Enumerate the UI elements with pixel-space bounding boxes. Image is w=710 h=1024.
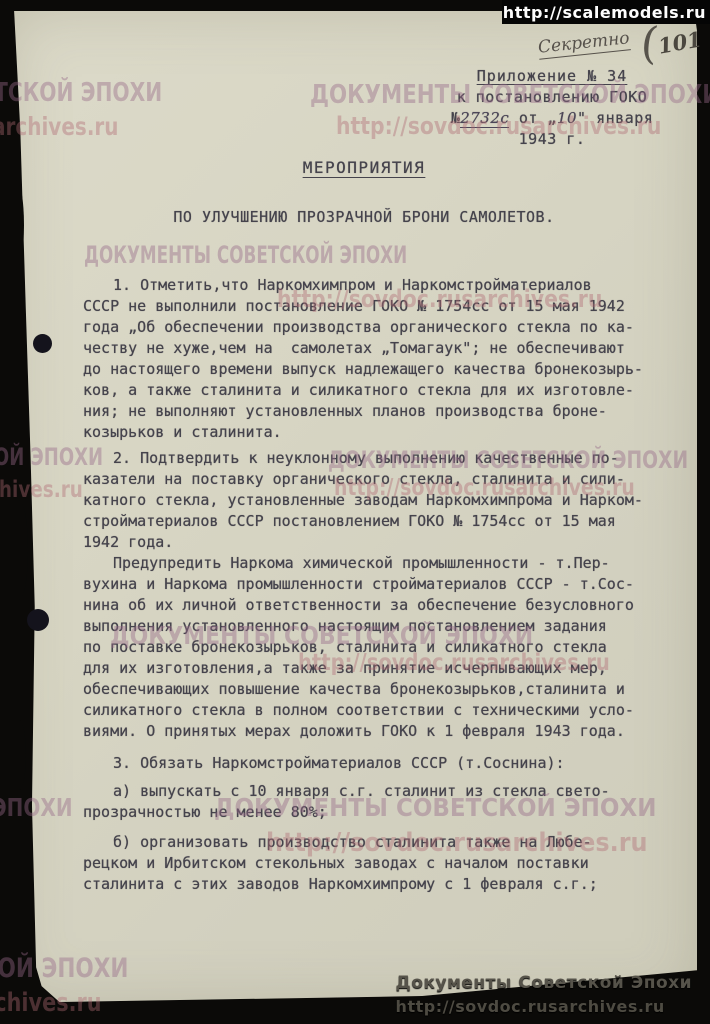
site-banner: http://scalemodels.ru (502, 0, 710, 24)
document-title: МЕРОПРИЯТИЯ (303, 158, 425, 177)
torn-edge-notch (8, 180, 24, 270)
text-line: катного стекла, установленные заводам На… (83, 490, 649, 511)
paragraph: б) организовать производство сталинита т… (83, 832, 649, 895)
text-line: до настоящего времени выпуск надлежащего… (83, 359, 649, 380)
paragraph: Предупредить Наркома химической промышле… (83, 553, 649, 742)
torn-edge-notch (10, 500, 28, 600)
text-line: виями. О принятых мерах доложить ГОКО к … (83, 721, 649, 742)
text-line: для их изготовления,а также за принятие … (83, 658, 649, 679)
text-line: СССР не выполнили постановление ГОКО № 1… (83, 296, 649, 317)
text-line: по поставке бронекозырьков, сталинита и … (83, 637, 649, 658)
document-subtitle: ПО УЛУЧШЕНИЮ ПРОЗРАЧНОЙ БРОНИ САМОЛЕТОВ. (83, 208, 645, 226)
text-line: сталинита с этих заводов Наркомхимпрому … (83, 874, 649, 895)
text-line: года „Об обеспечении производства органи… (83, 317, 649, 338)
archive-credit-brand: Документы Советской Эпохи (396, 973, 692, 993)
paragraph: 1. Отметить,что Наркомхимпром и Наркомст… (83, 275, 649, 443)
text-line: 1942 года. (83, 532, 649, 553)
text-line: рецком и Ирбитском стекольных заводах с … (83, 853, 649, 874)
text-line: 3. Обязать Наркомстройматериалов СССР (т… (83, 753, 649, 774)
text-line: вухина и Наркома промышленности строймат… (83, 574, 649, 595)
appendix-line3-post: " января (577, 109, 653, 127)
text-line: прозрачностью не менее 80%; (83, 802, 649, 823)
text-line: казатели на поставку органического стекл… (83, 469, 649, 490)
text-line: ния; не выполняют установленных планов п… (83, 401, 649, 422)
handwritten-day: 10 (557, 109, 577, 127)
text-line: ков, а также сталинита и силикатного сте… (83, 380, 649, 401)
archive-credit-url: http://sovdoc.rusarchives.ru (396, 997, 692, 1016)
appendix-title: Приложение № 34 (432, 66, 672, 87)
document-body: 1. Отметить,что Наркомхимпром и Наркомст… (83, 275, 649, 895)
hole-punch (27, 609, 49, 631)
document-title-block: МЕРОПРИЯТИЯ ПО УЛУЧШЕНИЮ ПРОЗРАЧНОЙ БРОН… (83, 158, 645, 226)
appendix-number-sign: № (451, 109, 461, 127)
archive-credit: Документы Советской Эпохи http://sovdoc.… (396, 973, 692, 1016)
appendix-line2: к постановлению ГОКО (432, 87, 672, 108)
text-line: козырьков и сталинита. (83, 422, 649, 443)
appendix-line3-mid: от „ (509, 109, 557, 127)
text-line: нина об их личной ответственности за обе… (83, 595, 649, 616)
appendix-year: 1943 г. (432, 129, 672, 150)
text-line: 1. Отметить,что Наркомхимпром и Наркомст… (83, 275, 649, 296)
torn-edge-notch (12, 720, 26, 790)
text-line: Предупредить Наркома химической промышле… (83, 553, 649, 574)
appendix-line3: №2732с от „10" января (432, 108, 672, 129)
paragraph: а) выпускать с 10 января с.г. сталинит и… (83, 781, 649, 823)
site-banner-url: http://scalemodels.ru (503, 3, 706, 22)
text-line: стройматериалов СССР постановлением ГОКО… (83, 511, 649, 532)
paragraph: 2. Подтвердить к неуклонному выполнению … (83, 448, 649, 553)
paragraph: 3. Обязать Наркомстройматериалов СССР (т… (83, 753, 649, 774)
text-line: б) организовать производство сталинита т… (83, 832, 649, 853)
text-line: силикатного стекла в полном соответствии… (83, 700, 649, 721)
handwritten-decree-number: 2732с (460, 109, 509, 128)
text-line: обеспечивающих повышение качества бронек… (83, 679, 649, 700)
text-line: честву не хуже,чем на самолетах „Томагау… (83, 338, 649, 359)
appendix-header: Приложение № 34 к постановлению ГОКО №27… (432, 66, 672, 150)
text-line: выполнения установленного настоящим пост… (83, 616, 649, 637)
hole-punch (33, 334, 52, 353)
text-line: 2. Подтвердить к неуклонному выполнению … (83, 448, 649, 469)
text-line: а) выпускать с 10 января с.г. сталинит и… (83, 781, 649, 802)
